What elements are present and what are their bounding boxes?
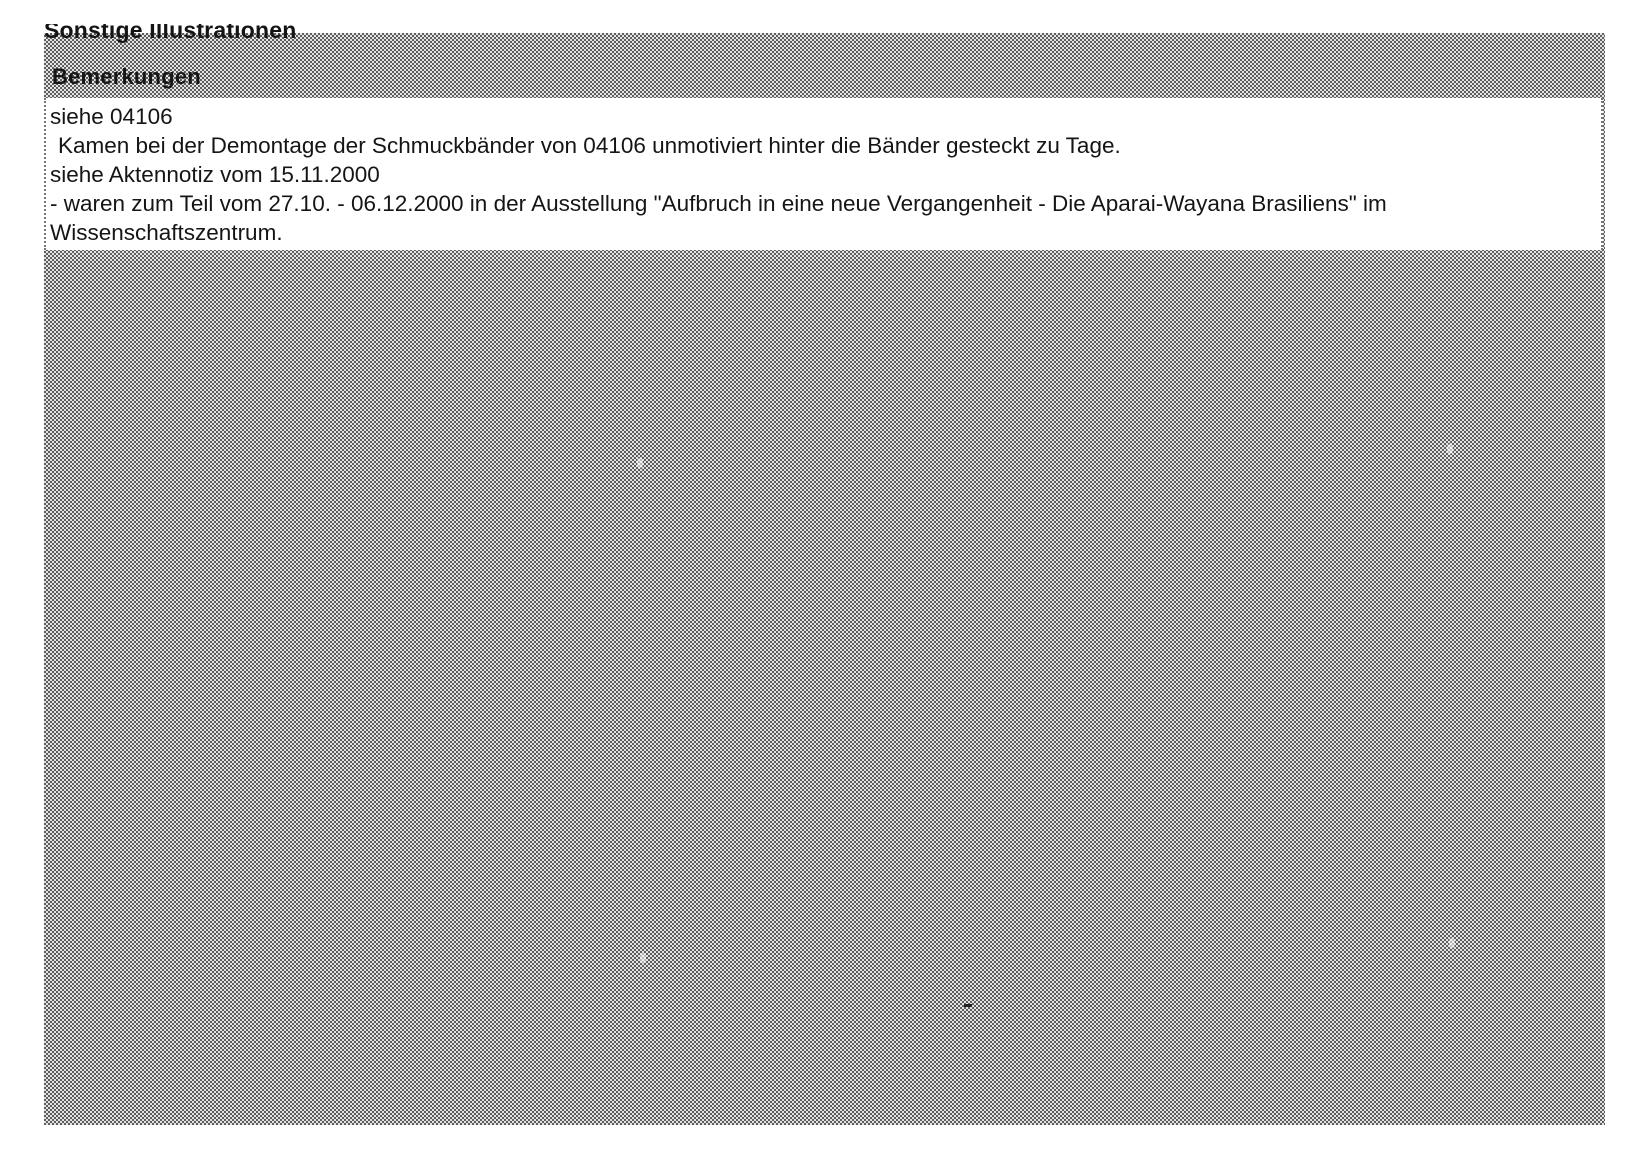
section-title-text: Sonstige Illustrationen	[44, 24, 297, 46]
scan-artifact	[637, 458, 643, 468]
scan-artifact	[964, 1004, 972, 1007]
section-title: Sonstige Illustrationen	[44, 24, 297, 48]
remarks-text-box: siehe 04106 Kamen bei der Demontage der …	[44, 98, 1603, 250]
scan-artifact	[1447, 444, 1453, 454]
remark-line: Wissenschaftszentrum.	[50, 218, 1601, 247]
scan-artifact	[1449, 938, 1455, 948]
remark-line: - waren zum Teil vom 27.10. - 06.12.2000…	[50, 189, 1601, 218]
scan-artifact	[640, 953, 646, 963]
remark-line: siehe 04106	[50, 102, 1601, 131]
remarks-heading: Bemerkungen	[52, 63, 201, 91]
remark-line: Kamen bei der Demontage der Schmuckbände…	[50, 131, 1601, 160]
remark-line: siehe Aktennotiz vom 15.11.2000	[50, 160, 1601, 189]
